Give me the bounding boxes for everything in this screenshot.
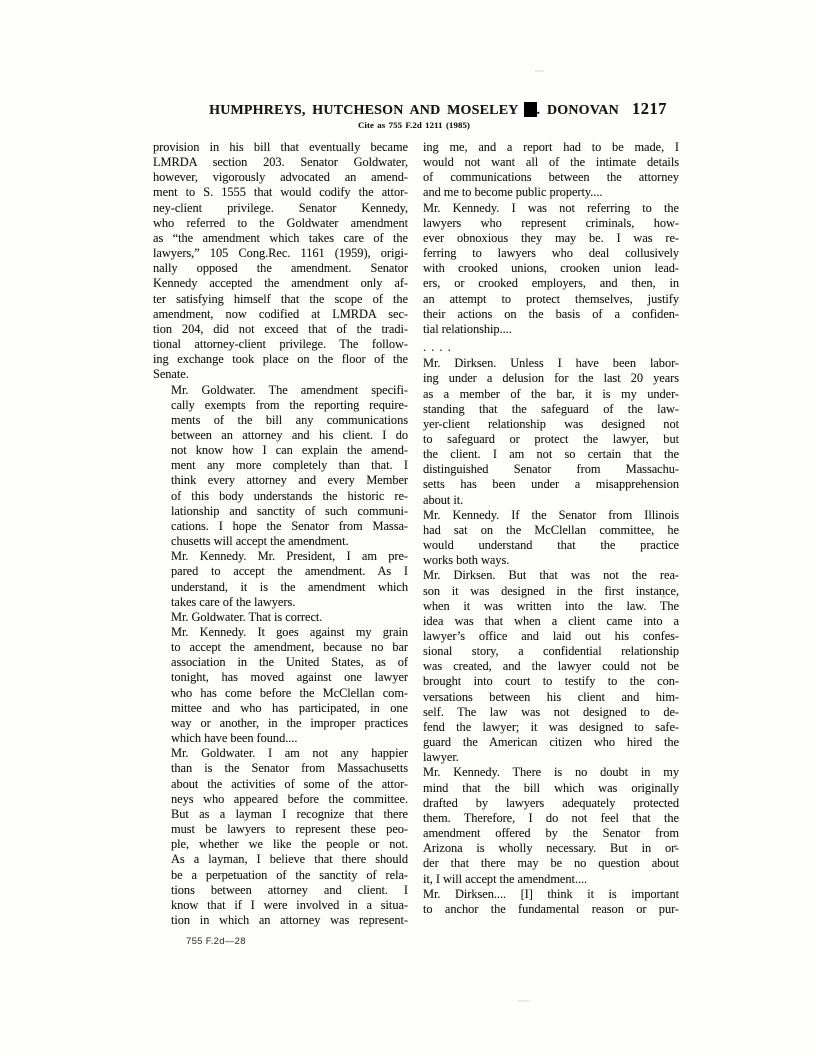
text-line: pared to accept the amendment. As I [171, 564, 408, 579]
paragraph: Mr. Dirksen. But that was not the rea-so… [423, 568, 679, 765]
text-line: understand, it is the amendment which [171, 580, 408, 595]
paragraph: Mr. Goldwater. I am not any happierthan … [153, 746, 408, 928]
text-line: to accept the amendment, because no bar [171, 640, 408, 655]
paragraph: Mr. Kennedy. If the Senator from Illinoi… [423, 508, 679, 569]
text-line: lawyer. [423, 750, 679, 765]
text-line: Mr. Dirksen. Unless I have been labor- [423, 356, 679, 371]
paragraph: Mr. Dirksen. Unless I have been labor-in… [423, 356, 679, 508]
text-line: think every attorney and every Member [171, 473, 408, 488]
text-line: setts has been under a misapprehension [423, 477, 679, 492]
text-line: brought into court to testify to the con… [423, 674, 679, 689]
left-column: provision in his bill that eventually be… [153, 140, 408, 928]
ellipsis-separator: . . . . [423, 340, 679, 355]
text-line: fend the lawyer; it was designed to safe… [423, 720, 679, 735]
text-line: Mr. Kennedy. Mr. President, I am pre- [171, 549, 408, 564]
ink-blot-redaction [524, 102, 537, 117]
paragraph: Mr. Kennedy. It goes against my grainto … [153, 625, 408, 746]
text-line: . . . . [423, 340, 679, 355]
paragraph: Mr. Kennedy. There is no doubt in mymind… [423, 765, 679, 886]
text-line: chusetts will accept the amendment. [171, 534, 408, 549]
text-line: with crooked unions, crooken union lead- [423, 261, 679, 276]
text-line: Mr. Kennedy. There is no doubt in my [423, 765, 679, 780]
text-line: however, vigorously advocated an amend- [153, 170, 408, 185]
text-line: ment to S. 1555 that would codify the at… [153, 185, 408, 200]
paragraph: Mr. Goldwater. The amendment specifi-cal… [153, 383, 408, 550]
text-line: and me to become public property.... [423, 185, 679, 200]
text-line: ever obnoxious they may be. I was re- [423, 231, 679, 246]
text-line: Senate. [153, 367, 408, 382]
case-name-left: HUMPHREYS, HUTCHESON AND MOSELEY [209, 103, 518, 118]
text-line: must be lawyers to represent these peo- [171, 822, 408, 837]
text-line: mittee and who has participated, in one [171, 701, 408, 716]
text-line: had sat on the McClellan committee, he [423, 523, 679, 538]
scan-smudge [518, 1000, 529, 1002]
text-line: was created, and the lawyer could not be [423, 659, 679, 674]
text-line: of communications between the attorney [423, 170, 679, 185]
text-line: versations between his client and him- [423, 690, 679, 705]
text-line: Mr. Kennedy. I was not referring to the [423, 201, 679, 216]
text-line: who referred to the Goldwater amendment [153, 216, 408, 231]
text-line: way or another, in the improper practice… [171, 716, 408, 731]
text-line: idea was that when a client came into a [423, 614, 679, 629]
text-line: tonight, has moved against one lawyer [171, 670, 408, 685]
text-line: As a layman, I believe that there should [171, 852, 408, 867]
text-line: Mr. Kennedy. If the Senator from Illinoi… [423, 508, 679, 523]
text-line: amendment, now codified at LMRDA sec- [153, 307, 408, 322]
paragraph: Mr. Kennedy. I was not referring to thel… [423, 201, 679, 337]
text-line: of this body understands the historic re… [171, 489, 408, 504]
text-line: son it was designed in the first instanc… [423, 584, 679, 599]
text-line: an attempt to protect themselves, justif… [423, 292, 679, 307]
text-line: would understand that the practice [423, 538, 679, 553]
text-line: lawyers,” 105 Cong.Rec. 1161 (1959), ori… [153, 246, 408, 261]
text-line: der that there may be no question about [423, 856, 679, 871]
paragraph: Mr. Goldwater. That is correct. [153, 610, 408, 625]
text-line: it, I will accept the amendment.... [423, 872, 679, 887]
text-line: sional story, a confidential relationshi… [423, 644, 679, 659]
text-line: as a member of the bar, it is my under- [423, 387, 679, 402]
text-line: provision in his bill that eventually be… [153, 140, 408, 155]
text-line: amendment offered by the Senator from [423, 826, 679, 841]
text-line: ing under a delusion for the last 20 yea… [423, 371, 679, 386]
text-line: cations. I hope the Senator from Massa- [171, 519, 408, 534]
text-line: guard the American citizen who hired the [423, 735, 679, 750]
text-line: which have been found.... [171, 731, 408, 746]
text-line: LMRDA section 203. Senator Goldwater, [153, 155, 408, 170]
volume-footer-note: 755 F.2d—28 [186, 936, 246, 947]
text-line: ers, or crooked employers, and then, in [423, 276, 679, 291]
text-line: ney-client privilege. Senator Kennedy, [153, 201, 408, 216]
text-line: neys who appeared before the committee. [171, 792, 408, 807]
text-line: drafted by lawyers adequately protected [423, 796, 679, 811]
text-line: self. The law was not designed to de- [423, 705, 679, 720]
scan-smudge [535, 70, 544, 72]
scan-speck [662, 596, 665, 597]
citation-line: Cite as 755 F.2d 1211 (1985) [152, 120, 676, 130]
text-line: not know how I can explain the amend- [171, 443, 408, 458]
text-line: Mr. Goldwater. That is correct. [171, 610, 408, 625]
text-line: ple, whether we like the people or not. [171, 837, 408, 852]
text-line: the client. I am not so certain that the [423, 447, 679, 462]
page-header: HUMPHREYS, HUTCHESON AND MOSELEY. DONOVA… [152, 102, 676, 130]
text-line: Arizona is wholly necessary. But in or- [423, 841, 679, 856]
text-line: when it was written into the law. The [423, 599, 679, 614]
text-line: tion 204, did not exceed that of the tra… [153, 322, 408, 337]
text-line: ment any more completely than that. I [171, 458, 408, 473]
scan-speck [675, 845, 677, 847]
text-line: cally exempts from the reporting require… [171, 398, 408, 413]
right-column: ing me, and a report had to be made, Iwo… [423, 140, 679, 917]
paragraph: Mr. Dirksen.... [I] think it is importan… [423, 887, 679, 917]
text-line: know that if I were involved in a situa- [171, 898, 408, 913]
text-line: tial relationship.... [423, 322, 679, 337]
page-number: 1217 [632, 100, 667, 117]
text-line: be a perpetuation of the sanctity of rel… [171, 868, 408, 883]
text-line: about the activities of some of the atto… [171, 777, 408, 792]
text-line: standing that the safeguard of the law- [423, 402, 679, 417]
text-line: than is the Senator from Massachusetts [171, 761, 408, 776]
text-line: ments of the bill any communications [171, 413, 408, 428]
text-line: But as a layman I recognize that there [171, 807, 408, 822]
case-caption: HUMPHREYS, HUTCHESON AND MOSELEY. DONOVA… [152, 102, 676, 119]
text-line: distinguished Senator from Massachu- [423, 462, 679, 477]
paragraph: ing me, and a report had to be made, Iwo… [423, 140, 679, 201]
text-line: lawyer’s office and laid out his confes- [423, 629, 679, 644]
reporter-page: { "header": { "case_name_left": "HUMPHRE… [0, 0, 816, 1056]
text-line: between an attorney and his client. I do [171, 428, 408, 443]
paragraph: provision in his bill that eventually be… [153, 140, 408, 383]
paragraph: Mr. Kennedy. Mr. President, I am pre-par… [153, 549, 408, 610]
text-line: ter satisfying himself that the scope of… [153, 292, 408, 307]
text-line: nally opposed the amendment. Senator [153, 261, 408, 276]
case-name-right: . DONOVAN [537, 103, 619, 118]
text-line: Mr. Goldwater. The amendment specifi- [171, 383, 408, 398]
text-line: as “the amendment which takes care of th… [153, 231, 408, 246]
text-line: lawyers who represent criminals, how- [423, 216, 679, 231]
text-line: works both ways. [423, 553, 679, 568]
text-line: Mr. Goldwater. I am not any happier [171, 746, 408, 761]
text-line: mind that the bill which was originally [423, 781, 679, 796]
text-line: tional attorney-client privilege. The fo… [153, 337, 408, 352]
text-line: their actions on the basis of a confiden… [423, 307, 679, 322]
text-line: Kennedy accepted the amendment only af- [153, 276, 408, 291]
text-line: association in the United States, as of [171, 655, 408, 670]
text-line: yer-client relationship was designed not [423, 417, 679, 432]
text-line: ing me, and a report had to be made, I [423, 140, 679, 155]
text-line: them. Therefore, I do not feel that the [423, 811, 679, 826]
text-line: lationship and sanctity of such communi- [171, 504, 408, 519]
text-line: Mr. Kennedy. It goes against my grain [171, 625, 408, 640]
text-line: to safeguard or protect the lawyer, but [423, 432, 679, 447]
text-line: ferring to lawyers who deal collusively [423, 246, 679, 261]
text-line: tion in which an attorney was represent- [171, 913, 408, 928]
text-line: to anchor the fundamental reason or pur- [423, 902, 679, 917]
text-line: who has come before the McClellan com- [171, 686, 408, 701]
text-line: Mr. Dirksen. But that was not the rea- [423, 568, 679, 583]
text-line: Mr. Dirksen.... [I] think it is importan… [423, 887, 679, 902]
text-line: about it. [423, 493, 679, 508]
text-line: takes care of the lawyers. [171, 595, 408, 610]
text-line: would not want all of the intimate detai… [423, 155, 679, 170]
text-line: tions between attorney and client. I [171, 883, 408, 898]
text-line: ing exchange took place on the floor of … [153, 352, 408, 367]
